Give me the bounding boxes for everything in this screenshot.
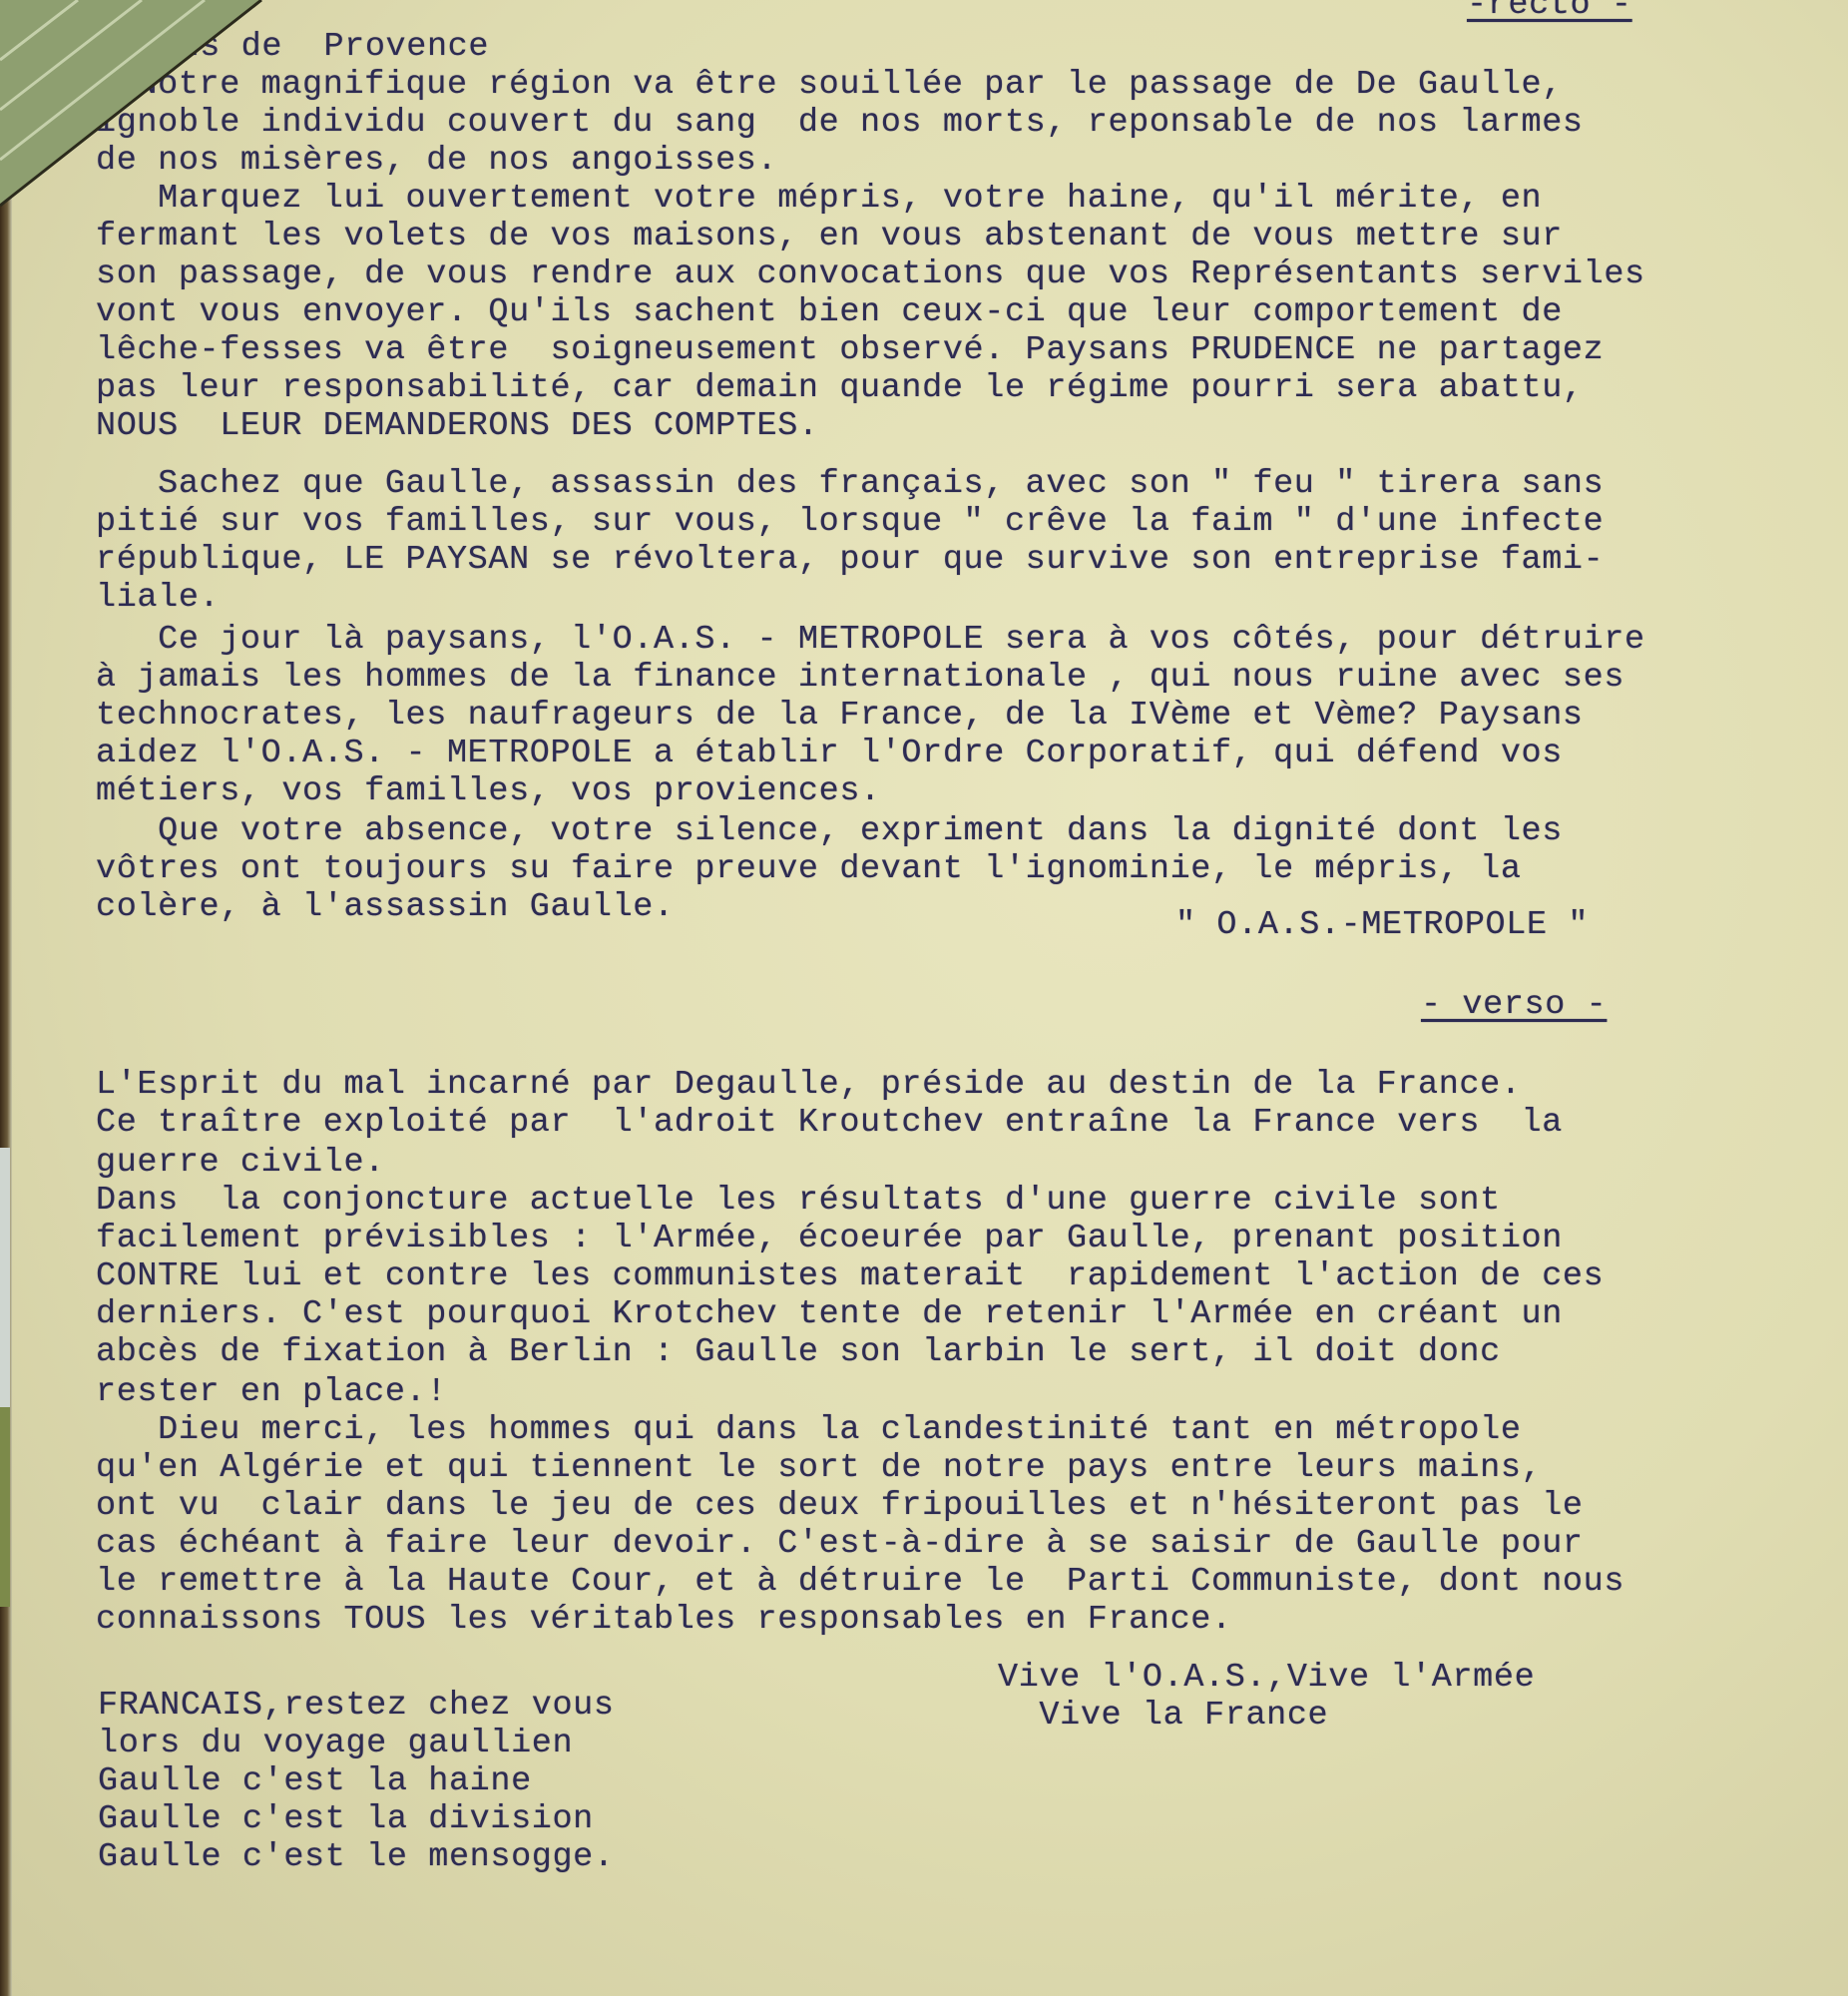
recto-line: vôtres ont toujours su faire preuve deva… [96,850,1522,889]
recto-line: Que votre absence, votre silence, exprim… [96,812,1563,851]
slogan-line: Gaulle c'est le mensogge. [98,1838,615,1877]
verso-line: facilement prévisibles : l'Armée, écoeur… [96,1220,1563,1258]
recto-line: fermant les volets de vos maisons, en vo… [96,218,1563,256]
typewritten-page: -recto - Paysans de Provence Notre magni… [12,0,1848,1996]
recto-line: métiers, vos familles, vos proviences. [96,772,881,811]
verso-line: connaissons TOUS les véritables responsa… [96,1601,1232,1640]
salutation: Paysans de Provence [76,28,489,67]
binder-tab [0,1407,10,1607]
verso-line: Ce traître exploité par l'adroit Kroutch… [96,1104,1563,1143]
recto-line: lêche-fesses va être soigneusement obser… [96,331,1604,370]
recto-line: aidez l'O.A.S. - METROPOLE a établir l'O… [96,735,1563,773]
verso-line: Dans la conjoncture actuelle les résulta… [96,1182,1501,1221]
recto-line: vont vous envoyer. Qu'ils sachent bien c… [96,293,1563,332]
recto-line: Sachez que Gaulle, assassin des français… [96,465,1604,504]
recto-line: son passage, de vous rendre aux convocat… [96,255,1645,294]
verso-line: abcès de fixation à Berlin : Gaulle son … [96,1333,1501,1372]
recto-signature: " O.A.S.-METROPOLE " [1175,906,1589,945]
recto-line: de nos misères, de nos angoisses. [96,142,777,181]
slogan-line: Gaulle c'est la division [98,1800,594,1839]
verso-line: guerre civile. [96,1144,385,1183]
verso-marker: - verso - [1421,986,1607,1025]
recto-line: NOUS LEUR DEMANDERONS DES COMPTES. [96,407,819,446]
binder-edge [0,0,12,1996]
recto-line: ignoble individu couvert du sang de nos … [96,104,1584,143]
slogan-line: lors du voyage gaullien [98,1725,573,1763]
slogan-line: Gaulle c'est la haine [98,1762,532,1801]
closing-line: Vive l'O.A.S.,Vive l'Armée [998,1659,1535,1698]
verso-line: derniers. C'est pourquoi Krotchev tente … [96,1295,1563,1334]
slogan-line: FRANCAIS,restez chez vous [98,1687,615,1726]
recto-line: technocrates, les naufrageurs de la Fran… [96,697,1584,736]
recto-line: pitié sur vos familles, sur vous, lorsqu… [96,503,1604,542]
verso-line: L'Esprit du mal incarné par Degaulle, pr… [96,1066,1522,1105]
recto-line: colère, à l'assassin Gaulle. [96,888,675,927]
verso-line: CONTRE lui et contre les communistes mat… [96,1257,1604,1296]
recto-marker: -recto - [1467,0,1632,25]
verso-line: ont vu clair dans le jeu de ces deux fri… [96,1487,1584,1526]
closing-line: Vive la France [998,1697,1328,1736]
recto-line: Notre magnifique région va être souillée… [96,66,1563,105]
binder-tab [0,1148,10,1407]
recto-line: liale. [96,579,220,618]
recto-line: république, LE PAYSAN se révoltera, pour… [96,541,1604,580]
verso-line: qu'en Algérie et qui tiennent le sort de… [96,1449,1542,1488]
verso-line: rester en place.! [96,1373,447,1412]
verso-line: Dieu merci, les hommes qui dans la cland… [96,1411,1522,1450]
recto-line: Ce jour là paysans, l'O.A.S. - METROPOLE… [96,621,1645,660]
verso-line: le remettre à la Haute Cour, et à détrui… [96,1563,1624,1602]
verso-line: cas échéant à faire leur devoir. C'est-à… [96,1525,1584,1564]
recto-line: pas leur responsabilité, car demain quan… [96,369,1584,408]
recto-line: à jamais les hommes de la finance intern… [96,659,1624,698]
recto-line: Marquez lui ouvertement votre mépris, vo… [96,180,1542,219]
